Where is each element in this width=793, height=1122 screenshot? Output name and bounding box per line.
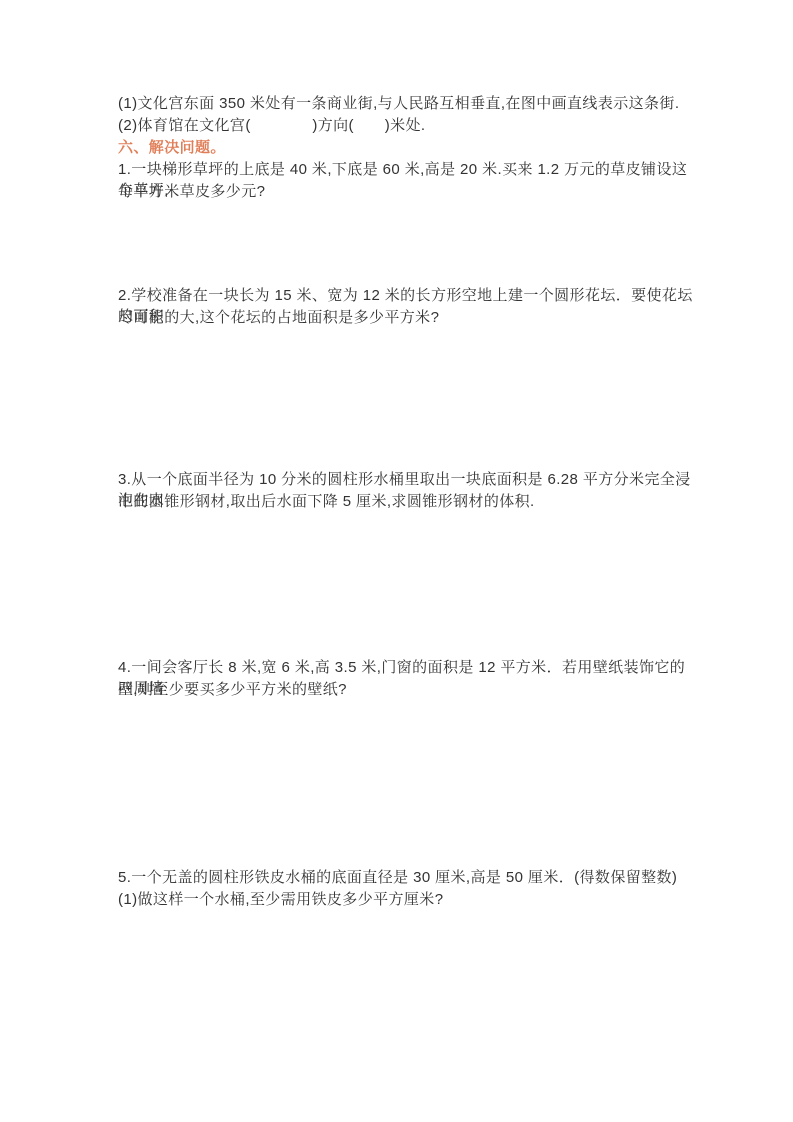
problem-5-line-1: 5.一个无盖的圆柱形铁皮水桶的底面直径是 30 厘米,高是 50 厘米．(得数保…	[118, 867, 696, 888]
problem-5-line-2: (1)做这样一个水桶,至少需用铁皮多少平方厘米?	[118, 889, 696, 910]
worksheet-page: (1)文化宫东面 350 米处有一条商业街,与人民路互相垂直,在图中画直线表示这…	[0, 0, 793, 1122]
map-question-part-2: (2)体育馆在文化宫( )方向( )米处.	[118, 115, 696, 136]
problem-3-line-2: 中的圆锥形钢材,取出后水面下降 5 厘米,求圆锥形钢材的体积.	[118, 491, 696, 512]
map-question-part-1: (1)文化宫东面 350 米处有一条商业街,与人民路互相垂直,在图中画直线表示这…	[118, 93, 696, 114]
problem-4-line-2: 壁,则至少要买多少平方米的壁纸?	[118, 679, 696, 700]
problem-1-line-2: 每平方米草皮多少元?	[118, 181, 696, 202]
problem-2-line-2: 尽可能的大,这个花坛的占地面积是多少平方米?	[118, 307, 696, 328]
section-six-heading: 六、解决问题。	[118, 137, 696, 158]
